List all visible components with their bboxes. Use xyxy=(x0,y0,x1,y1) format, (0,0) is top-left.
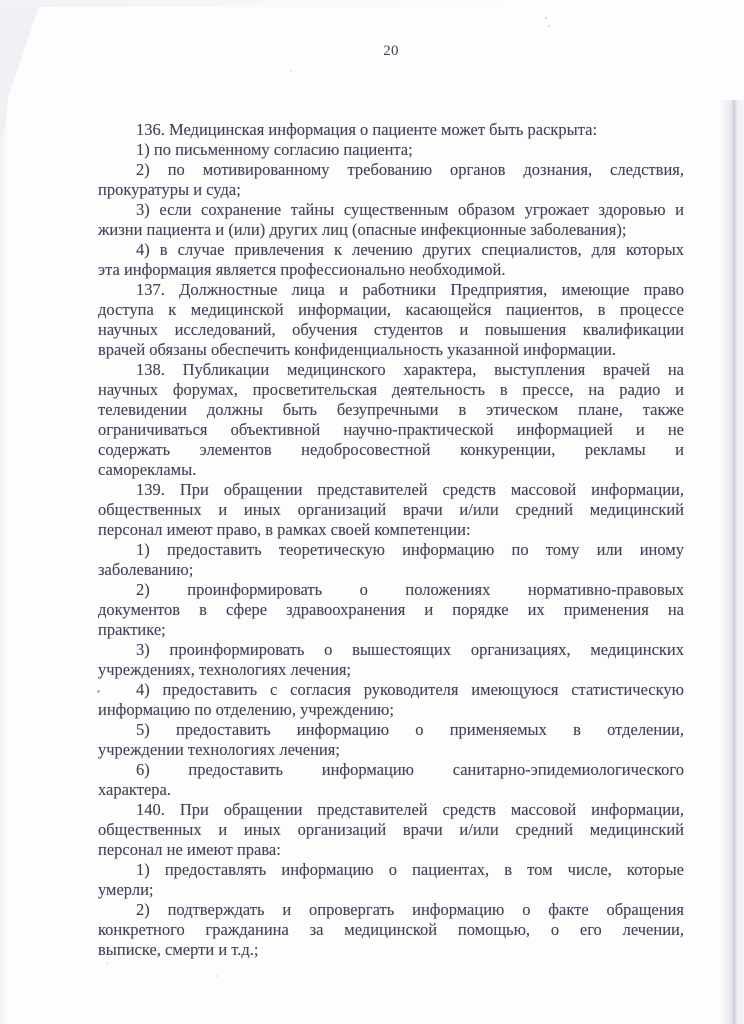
text-line: информацию по отделению, учреждению; xyxy=(98,700,684,720)
text-line: научных форумах, просветительская деятел… xyxy=(98,380,684,400)
text-line: 1) по письменному согласию пациента; xyxy=(98,140,684,160)
scan-edge-corner xyxy=(0,0,42,130)
text-line: доступа к медицинской информации, касающ… xyxy=(98,300,684,320)
text-line: общественных и иных организаций врачи и/… xyxy=(98,820,684,840)
text-line: 1) предоставлять информацию о пациентах,… xyxy=(98,860,684,880)
text-line: научных исследований, обучения студентов… xyxy=(98,320,684,340)
text-line: документов в сфере здравоохранения и пор… xyxy=(98,600,684,620)
text-line: эта информация является профессионально … xyxy=(98,260,684,280)
text-line: практике; xyxy=(98,620,684,640)
text-line: 1) предоставить теоретическую информацию… xyxy=(98,540,684,560)
text-line: 140. При обращении представителей средст… xyxy=(98,800,684,820)
scanned-page: 20 136. Медицинская информация о пациент… xyxy=(0,0,744,1024)
text-line: 6) предоставить информацию санитарно-эпи… xyxy=(98,760,684,780)
scan-edge-top xyxy=(0,0,520,7)
text-line: 3) проинформировать о вышестоящих органи… xyxy=(98,640,684,660)
text-line: персонал не имеют права: xyxy=(98,840,684,860)
scan-edge-left xyxy=(0,0,8,1024)
scan-speck xyxy=(545,17,547,19)
text-line: содержать элементов недобросовестной кон… xyxy=(98,440,684,460)
text-line: конкретного гражданина за медицинской по… xyxy=(98,920,684,940)
text-line: учреждениях, технологиях лечения; xyxy=(98,660,684,680)
text-line: 3) если сохранение тайны существенным об… xyxy=(98,200,684,220)
text-line: 4) предоставить с согласия руководителя … xyxy=(98,680,684,700)
text-line: умерли; xyxy=(98,880,684,900)
text-line: выписке, смерти и т.д.; xyxy=(98,940,684,960)
page-number: 20 xyxy=(98,42,684,60)
text-line: 136. Медицинская информация о пациенте м… xyxy=(98,120,684,140)
text-line: 2) проинформировать о положениях нормати… xyxy=(98,580,684,600)
text-line: заболеванию; xyxy=(98,560,684,580)
text-line: 5) предоставить информацию о применяемых… xyxy=(98,720,684,740)
text-line: телевидении должны быть безупречными в э… xyxy=(98,400,684,420)
text-line: персонал имеют право, в рамках своей ком… xyxy=(98,520,684,540)
scan-edge-right xyxy=(720,100,744,1024)
scan-speck xyxy=(548,25,550,27)
text-line: учреждении технологиях лечения; xyxy=(98,740,684,760)
text-line: 139. При обращении представителей средст… xyxy=(98,480,684,500)
scan-speck xyxy=(290,70,292,72)
text-line: жизни пациента и (или) других лиц (опасн… xyxy=(98,220,684,240)
text-block: 136. Медицинская информация о пациенте м… xyxy=(98,120,684,960)
scan-speck xyxy=(216,975,218,977)
text-line: общественных и иных организаций врачи и/… xyxy=(98,500,684,520)
text-line: характера. xyxy=(98,780,684,800)
text-line: 4) в случае привлечения к лечению других… xyxy=(98,240,684,260)
text-line: ограничиваться объективной научно-практи… xyxy=(98,420,684,440)
text-line: 138. Публикации медицинского характера, … xyxy=(98,360,684,380)
text-line: прокуратуры и суда; xyxy=(98,180,684,200)
scan-speck xyxy=(106,962,108,964)
text-line: 137. Должностные лица и работники Предпр… xyxy=(98,280,684,300)
text-line: врачей обязаны обеспечить конфиденциальн… xyxy=(98,340,684,360)
text-line: саморекламы. xyxy=(98,460,684,480)
text-line: 2) по мотивированному требованию органов… xyxy=(98,160,684,180)
text-line: 2) подтверждать и опровергать информацию… xyxy=(98,900,684,920)
